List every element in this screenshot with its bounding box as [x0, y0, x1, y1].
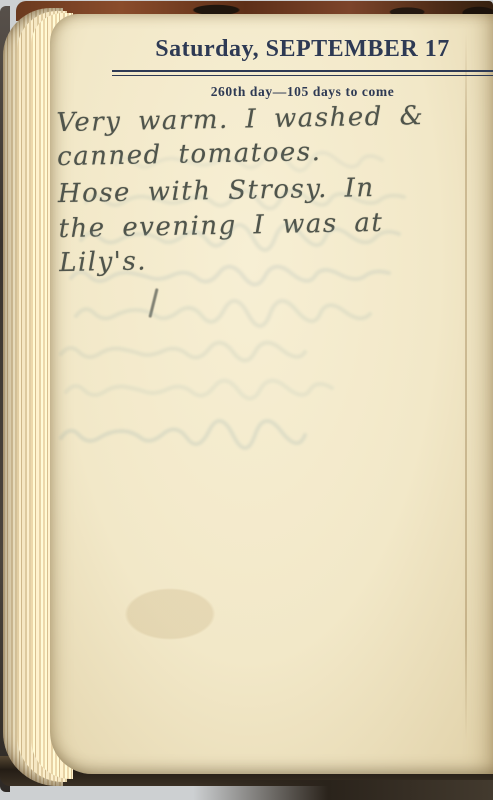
scanned-diary-photo: Saturday, SEPTEMBER 17 260th day—105 day… — [0, 0, 493, 800]
diary-entry-line: the evening I was at — [58, 208, 383, 244]
diary-entry: Very warm. I washed & canned tomatoes. H… — [56, 100, 488, 298]
day-count-line: 260th day—105 days to come — [112, 84, 493, 100]
book-cover-bottom-shadow — [193, 780, 493, 800]
double-rule — [112, 70, 493, 76]
diary-entry-line: Lily's. — [59, 246, 147, 278]
page-title: Saturday, SEPTEMBER 17 — [112, 36, 493, 63]
printed-header: Saturday, SEPTEMBER 17 260th day—105 day… — [112, 36, 493, 100]
diary-entry-line: Hose with Strosy. In — [58, 173, 375, 209]
diary-entry-line: canned tomatoes. — [57, 137, 322, 172]
diary-entry-line: Very warm. I washed & — [56, 101, 424, 138]
